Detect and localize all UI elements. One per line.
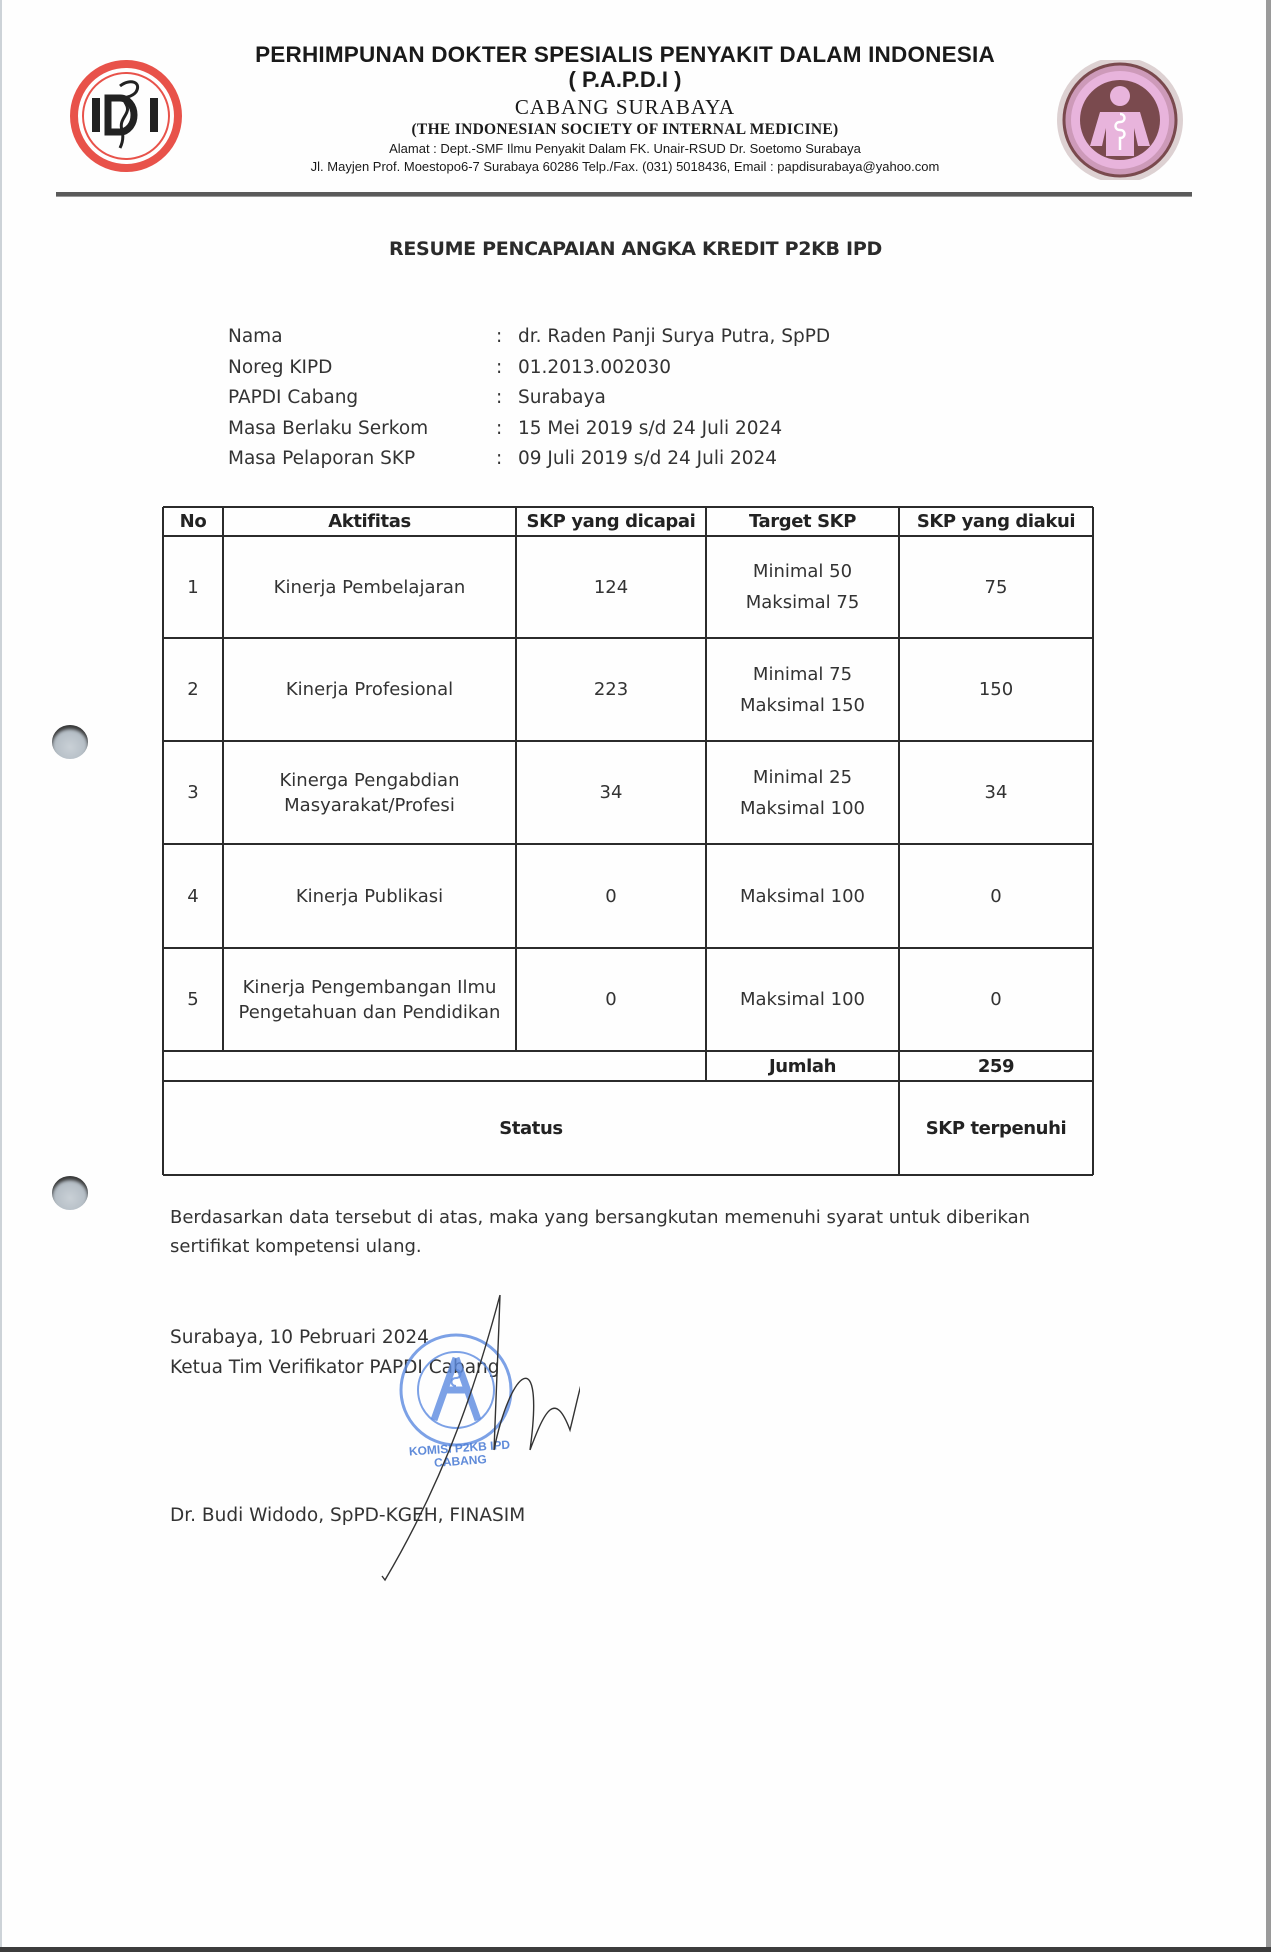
cell-line: Maksimal 150 bbox=[740, 690, 865, 721]
cell-activity: Kinerja Profesional bbox=[227, 638, 512, 741]
cell-target-skp: Minimal 25Maksimal 100 bbox=[706, 741, 899, 844]
cell-no: 1 bbox=[163, 536, 223, 638]
cell-line: Minimal 25 bbox=[753, 762, 852, 793]
conclusion-text: Berdasarkan data tersebut di atas, maka … bbox=[170, 1203, 1110, 1261]
address-line-1: Alamat : Dept.-SMF Ilmu Penyakit Dalam F… bbox=[150, 141, 1100, 156]
table-header-cell: Target SKP bbox=[706, 507, 899, 536]
page-edge-bottom bbox=[0, 1947, 1271, 1952]
official-stamp-icon bbox=[396, 1330, 516, 1450]
info-label: Masa Berlaku Serkom bbox=[228, 418, 428, 439]
table-header-cell: No bbox=[163, 507, 223, 536]
status-value: SKP terpenuhi bbox=[899, 1081, 1093, 1175]
cell-activity: Kinerja Pengembangan Ilmu Pengetahuan da… bbox=[227, 948, 512, 1051]
total-value: 259 bbox=[899, 1051, 1093, 1081]
cell-skp-achieved: 0 bbox=[516, 844, 706, 948]
cell-skp-recognized: 75 bbox=[899, 536, 1093, 638]
cell-skp-achieved: 223 bbox=[516, 638, 706, 741]
cell-line: Maksimal 75 bbox=[746, 587, 860, 618]
table-header-cell: Aktifitas bbox=[223, 507, 516, 536]
cell-skp-achieved: 0 bbox=[516, 948, 706, 1051]
punch-hole bbox=[52, 1176, 88, 1210]
header-divider bbox=[56, 192, 1192, 197]
info-label: PAPDI Cabang bbox=[228, 387, 358, 408]
info-label: Noreg KIPD bbox=[228, 357, 332, 378]
cell-target-skp: Minimal 50Maksimal 75 bbox=[706, 536, 899, 638]
cell-skp-recognized: 150 bbox=[899, 638, 1093, 741]
organization-name: PERHIMPUNAN DOKTER SPESIALIS PENYAKIT DA… bbox=[150, 42, 1100, 68]
address-line-2: Jl. Mayjen Prof. Moestopo6-7 Surabaya 60… bbox=[150, 159, 1100, 174]
info-separator: : bbox=[496, 448, 502, 469]
info-separator: : bbox=[496, 418, 502, 439]
cell-target-skp: Maksimal 100 bbox=[706, 844, 899, 948]
info-value: dr. Raden Panji Surya Putra, SpPD bbox=[518, 326, 830, 347]
stamp-text: KOMISI P2KB IPD CABANG bbox=[399, 1438, 521, 1472]
document-title: RESUME PENCAPAIAN ANGKA KREDIT P2KB IPD bbox=[0, 238, 1271, 260]
branch-name: CABANG SURABAYA bbox=[150, 95, 1100, 120]
cell-line: Maksimal 100 bbox=[740, 793, 865, 824]
cell-skp-achieved: 124 bbox=[516, 536, 706, 638]
cell-no: 5 bbox=[163, 948, 223, 1051]
total-label: Jumlah bbox=[706, 1051, 899, 1081]
punch-hole bbox=[52, 725, 88, 759]
info-separator: : bbox=[496, 326, 502, 347]
skp-table: NoAktifitasSKP yang dicapaiTarget SKPSKP… bbox=[163, 507, 1093, 1175]
cell-skp-recognized: 34 bbox=[899, 741, 1093, 844]
cell-activity: Kinerja Publikasi bbox=[227, 844, 512, 948]
cell-line: Minimal 75 bbox=[753, 659, 852, 690]
cell-line: Minimal 50 bbox=[753, 556, 852, 587]
cell-no: 4 bbox=[163, 844, 223, 948]
cell-no: 3 bbox=[163, 741, 223, 844]
cell-skp-recognized: 0 bbox=[899, 948, 1093, 1051]
info-separator: : bbox=[496, 357, 502, 378]
info-value: 15 Mei 2019 s/d 24 Juli 2024 bbox=[518, 418, 782, 439]
cell-target-skp: Minimal 75Maksimal 150 bbox=[706, 638, 899, 741]
page-edge-right bbox=[1266, 0, 1271, 1952]
table-header-cell: SKP yang dicapai bbox=[516, 507, 706, 536]
info-label: Nama bbox=[228, 326, 283, 347]
cell-target-skp: Maksimal 100 bbox=[706, 948, 899, 1051]
cell-activity: Kinerja Pembelajaran bbox=[227, 536, 512, 638]
info-label: Masa Pelaporan SKP bbox=[228, 448, 415, 469]
signature-place-date: Surabaya, 10 Pebruari 2024 bbox=[170, 1327, 429, 1348]
cell-no: 2 bbox=[163, 638, 223, 741]
info-separator: : bbox=[496, 387, 502, 408]
info-value: Surabaya bbox=[518, 387, 606, 408]
page-edge-left bbox=[0, 0, 2, 1952]
english-name: (THE INDONESIAN SOCIETY OF INTERNAL MEDI… bbox=[150, 121, 1100, 139]
signatory-name: Dr. Budi Widodo, SpPD-KGEH, FINASIM bbox=[170, 1505, 525, 1526]
organization-abbreviation: ( P.A.P.D.I ) bbox=[150, 67, 1100, 93]
cell-activity: Kinerga Pengabdian Masyarakat/Profesi bbox=[227, 741, 512, 844]
cell-skp-achieved: 34 bbox=[516, 741, 706, 844]
cell-skp-recognized: 0 bbox=[899, 844, 1093, 948]
table-header-cell: SKP yang diakui bbox=[899, 507, 1093, 536]
cell-line: Maksimal 100 bbox=[740, 984, 865, 1015]
cell-line: Maksimal 100 bbox=[740, 881, 865, 912]
info-value: 09 Juli 2019 s/d 24 Juli 2024 bbox=[518, 448, 777, 469]
status-label: Status bbox=[163, 1081, 899, 1175]
info-value: 01.2013.002030 bbox=[518, 357, 671, 378]
